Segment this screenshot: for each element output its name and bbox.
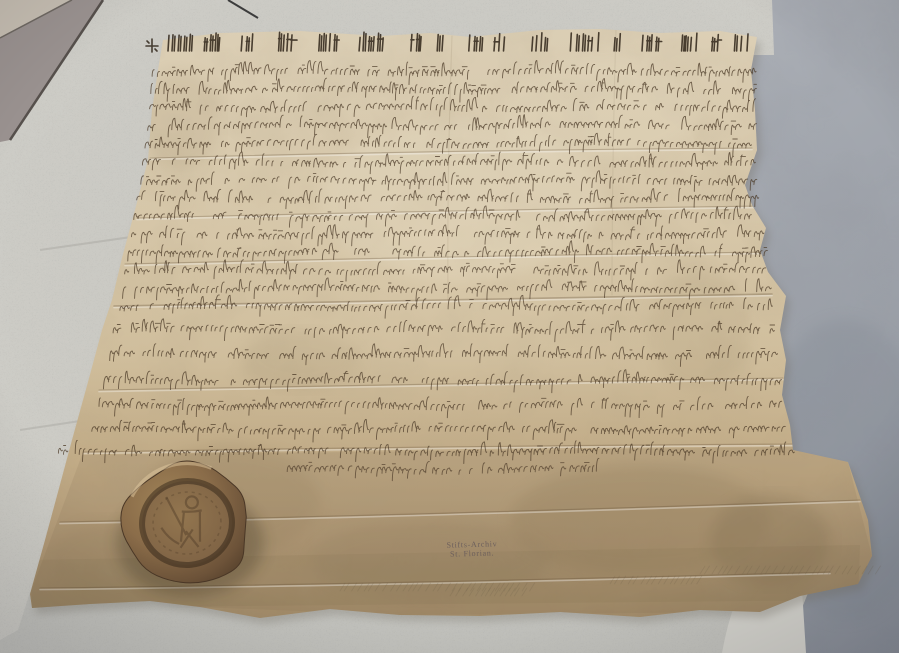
scene: Stifts-Archiv St. Florian. [0,0,899,653]
vignette-overlay [0,0,899,653]
photograph: Stifts-Archiv St. Florian. [0,0,899,653]
